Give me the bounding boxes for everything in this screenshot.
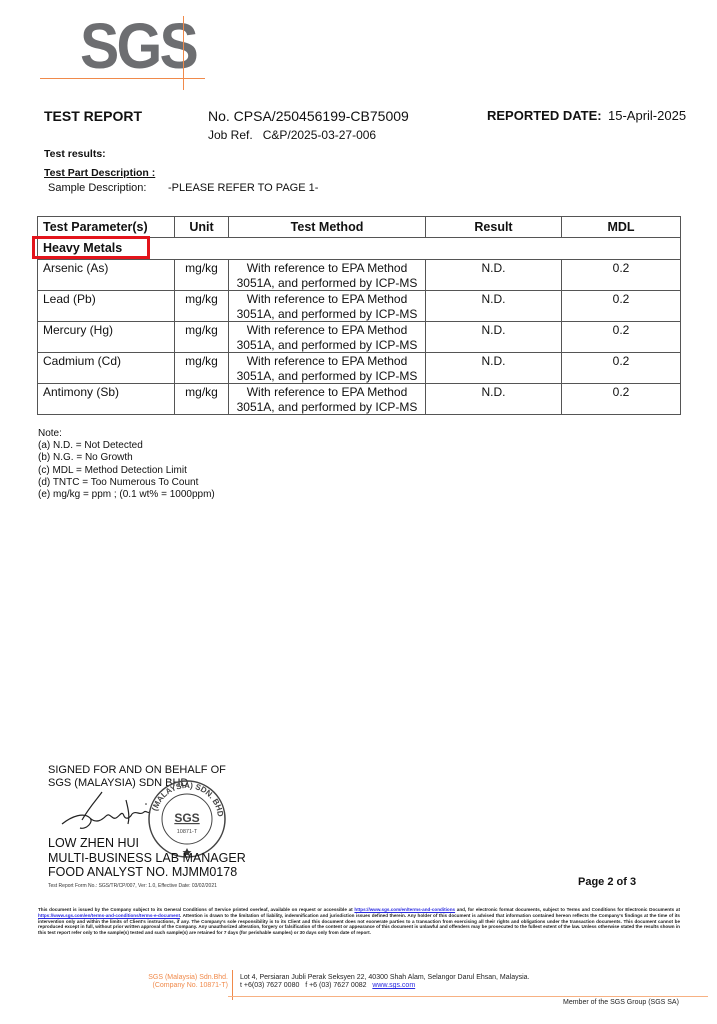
page-number: Page 2 of 3 [578,876,636,888]
e-document-terms-link[interactable]: https://www.sgs.com/en/terms-and-conditi… [38,913,180,918]
cell-method: With reference to EPA Method3051A, and p… [229,260,426,291]
footer-company: SGS (Malaysia) Sdn.Bhd. (Company No. 108… [120,974,228,990]
footer-member-text: Member of the SGS Group (SGS SA) [563,999,679,1006]
signatory-name: LOW ZHEN HUI [48,836,246,851]
note-item: (b) N.G. = No Growth [38,452,215,464]
sgs-logo: SGS [40,8,210,90]
note-item: (d) TNTC = Too Numerous To Count [38,477,215,489]
cell-mdl: 0.2 [562,384,681,415]
table-row: Mercury (Hg)mg/kgWith reference to EPA M… [38,322,681,353]
cell-unit: mg/kg [175,322,229,353]
method-line-2: 3051A, and performed by ICP-MS [229,307,425,322]
method-line-1: With reference to EPA Method [229,385,425,400]
note-item: (a) N.D. = Not Detected [38,440,215,452]
note-item: (c) MDL = Method Detection Limit [38,465,215,477]
disclaimer-text: and, for electronic format documents, su… [455,907,680,912]
cell-unit: mg/kg [175,353,229,384]
method-line-2: 3051A, and performed by ICP-MS [229,338,425,353]
reported-date-value: 15-April-2025 [608,108,686,123]
cell-parameter: Arsenic (As) [38,260,175,291]
cell-parameter: Antimony (Sb) [38,384,175,415]
footer-address: Lot 4, Persiaran Jubli Perak Seksyen 22,… [240,974,530,982]
reported-date-label: REPORTED DATE: [487,108,602,123]
signatory-block: LOW ZHEN HUI MULTI-BUSINESS LAB MANAGER … [48,836,246,880]
header-method: Test Method [229,217,426,238]
footer-phone: t +6(03) 7627 0080 [240,982,299,989]
job-ref: Job Ref. C&P/2025-03-27-006 [208,128,376,142]
method-line-1: With reference to EPA Method [229,292,425,307]
logo-text: SGS [80,10,196,82]
table-row: Lead (Pb)mg/kgWith reference to EPA Meth… [38,291,681,322]
form-number: Test Report Form No.: SGS/TR/CP/007, Ver… [48,883,217,889]
cell-result: N.D. [426,322,562,353]
table-header-row: Test Parameter(s) Unit Test Method Resul… [38,217,681,238]
test-part-description-label: Test Part Description : [44,167,155,179]
header-unit: Unit [175,217,229,238]
footer-company-name: SGS (Malaysia) Sdn.Bhd. [120,974,228,982]
cell-result: N.D. [426,384,562,415]
cell-unit: mg/kg [175,260,229,291]
cell-mdl: 0.2 [562,353,681,384]
footer-address-block: Lot 4, Persiaran Jubli Perak Seksyen 22,… [240,974,530,990]
method-line-1: With reference to EPA Method [229,354,425,369]
cell-method: With reference to EPA Method3051A, and p… [229,384,426,415]
signed-line-1: SIGNED FOR AND ON BEHALF OF [48,764,226,777]
cell-method: With reference to EPA Method3051A, and p… [229,353,426,384]
highlight-box [32,236,150,259]
cell-result: N.D. [426,291,562,322]
analyst-number: FOOD ANALYST NO. MJMM0178 [48,865,246,880]
table-row: Antimony (Sb)mg/kgWith reference to EPA … [38,384,681,415]
disclaimer: This document is issued by the Company s… [38,907,680,936]
cell-unit: mg/kg [175,291,229,322]
header-parameter: Test Parameter(s) [38,217,175,238]
cell-unit: mg/kg [175,384,229,415]
cell-method: With reference to EPA Method3051A, and p… [229,291,426,322]
disclaimer-text: This document is issued by the Company s… [38,907,354,912]
footer-contact: t +6(03) 7627 0080 f +6 (03) 7627 0082 w… [240,982,530,990]
logo-horizontal-line [40,78,205,79]
footer-divider-horizontal [228,996,708,997]
cell-parameter: Lead (Pb) [38,291,175,322]
notes: Note: (a) N.D. = Not Detected (b) N.G. =… [38,428,215,501]
cell-result: N.D. [426,353,562,384]
method-line-1: With reference to EPA Method [229,261,425,276]
cell-result: N.D. [426,260,562,291]
method-line-2: 3051A, and performed by ICP-MS [229,276,425,291]
header-result: Result [426,217,562,238]
header-mdl: MDL [562,217,681,238]
signatory-title: MULTI-BUSINESS LAB MANAGER [48,851,246,866]
stamp-no-text: 10871-T [177,829,198,835]
footer-company-no: (Company No. 10871-T) [120,982,228,990]
cell-parameter: Mercury (Hg) [38,322,175,353]
test-results-label: Test results: [44,148,106,160]
sample-description-label: Sample Description: [48,182,146,194]
cell-mdl: 0.2 [562,322,681,353]
cell-mdl: 0.2 [562,291,681,322]
table-row: Cadmium (Cd)mg/kgWith reference to EPA M… [38,353,681,384]
method-line-1: With reference to EPA Method [229,323,425,338]
table-row: Arsenic (As)mg/kgWith reference to EPA M… [38,260,681,291]
notes-title: Note: [38,428,215,440]
cell-parameter: Cadmium (Cd) [38,353,175,384]
terms-link[interactable]: https://www.sgs.com/en/terms-and-conditi… [354,907,455,912]
note-item: (e) mg/kg = ppm ; (0.1 wt% = 1000ppm) [38,489,215,501]
report-title: TEST REPORT [44,108,142,124]
logo-vertical-line [183,16,184,90]
cell-method: With reference to EPA Method3051A, and p… [229,322,426,353]
sample-description-value: -PLEASE REFER TO PAGE 1- [168,182,318,194]
method-line-2: 3051A, and performed by ICP-MS [229,369,425,384]
signature-icon [60,790,155,838]
cell-mdl: 0.2 [562,260,681,291]
footer-fax: f +6 (03) 7627 0082 [305,982,366,989]
method-line-2: 3051A, and performed by ICP-MS [229,400,425,415]
footer-website-link[interactable]: www.sgs.com [372,982,415,989]
report-number: No. CPSA/250456199-CB75009 [208,108,409,124]
stamp-center-text: SGS [174,811,199,825]
